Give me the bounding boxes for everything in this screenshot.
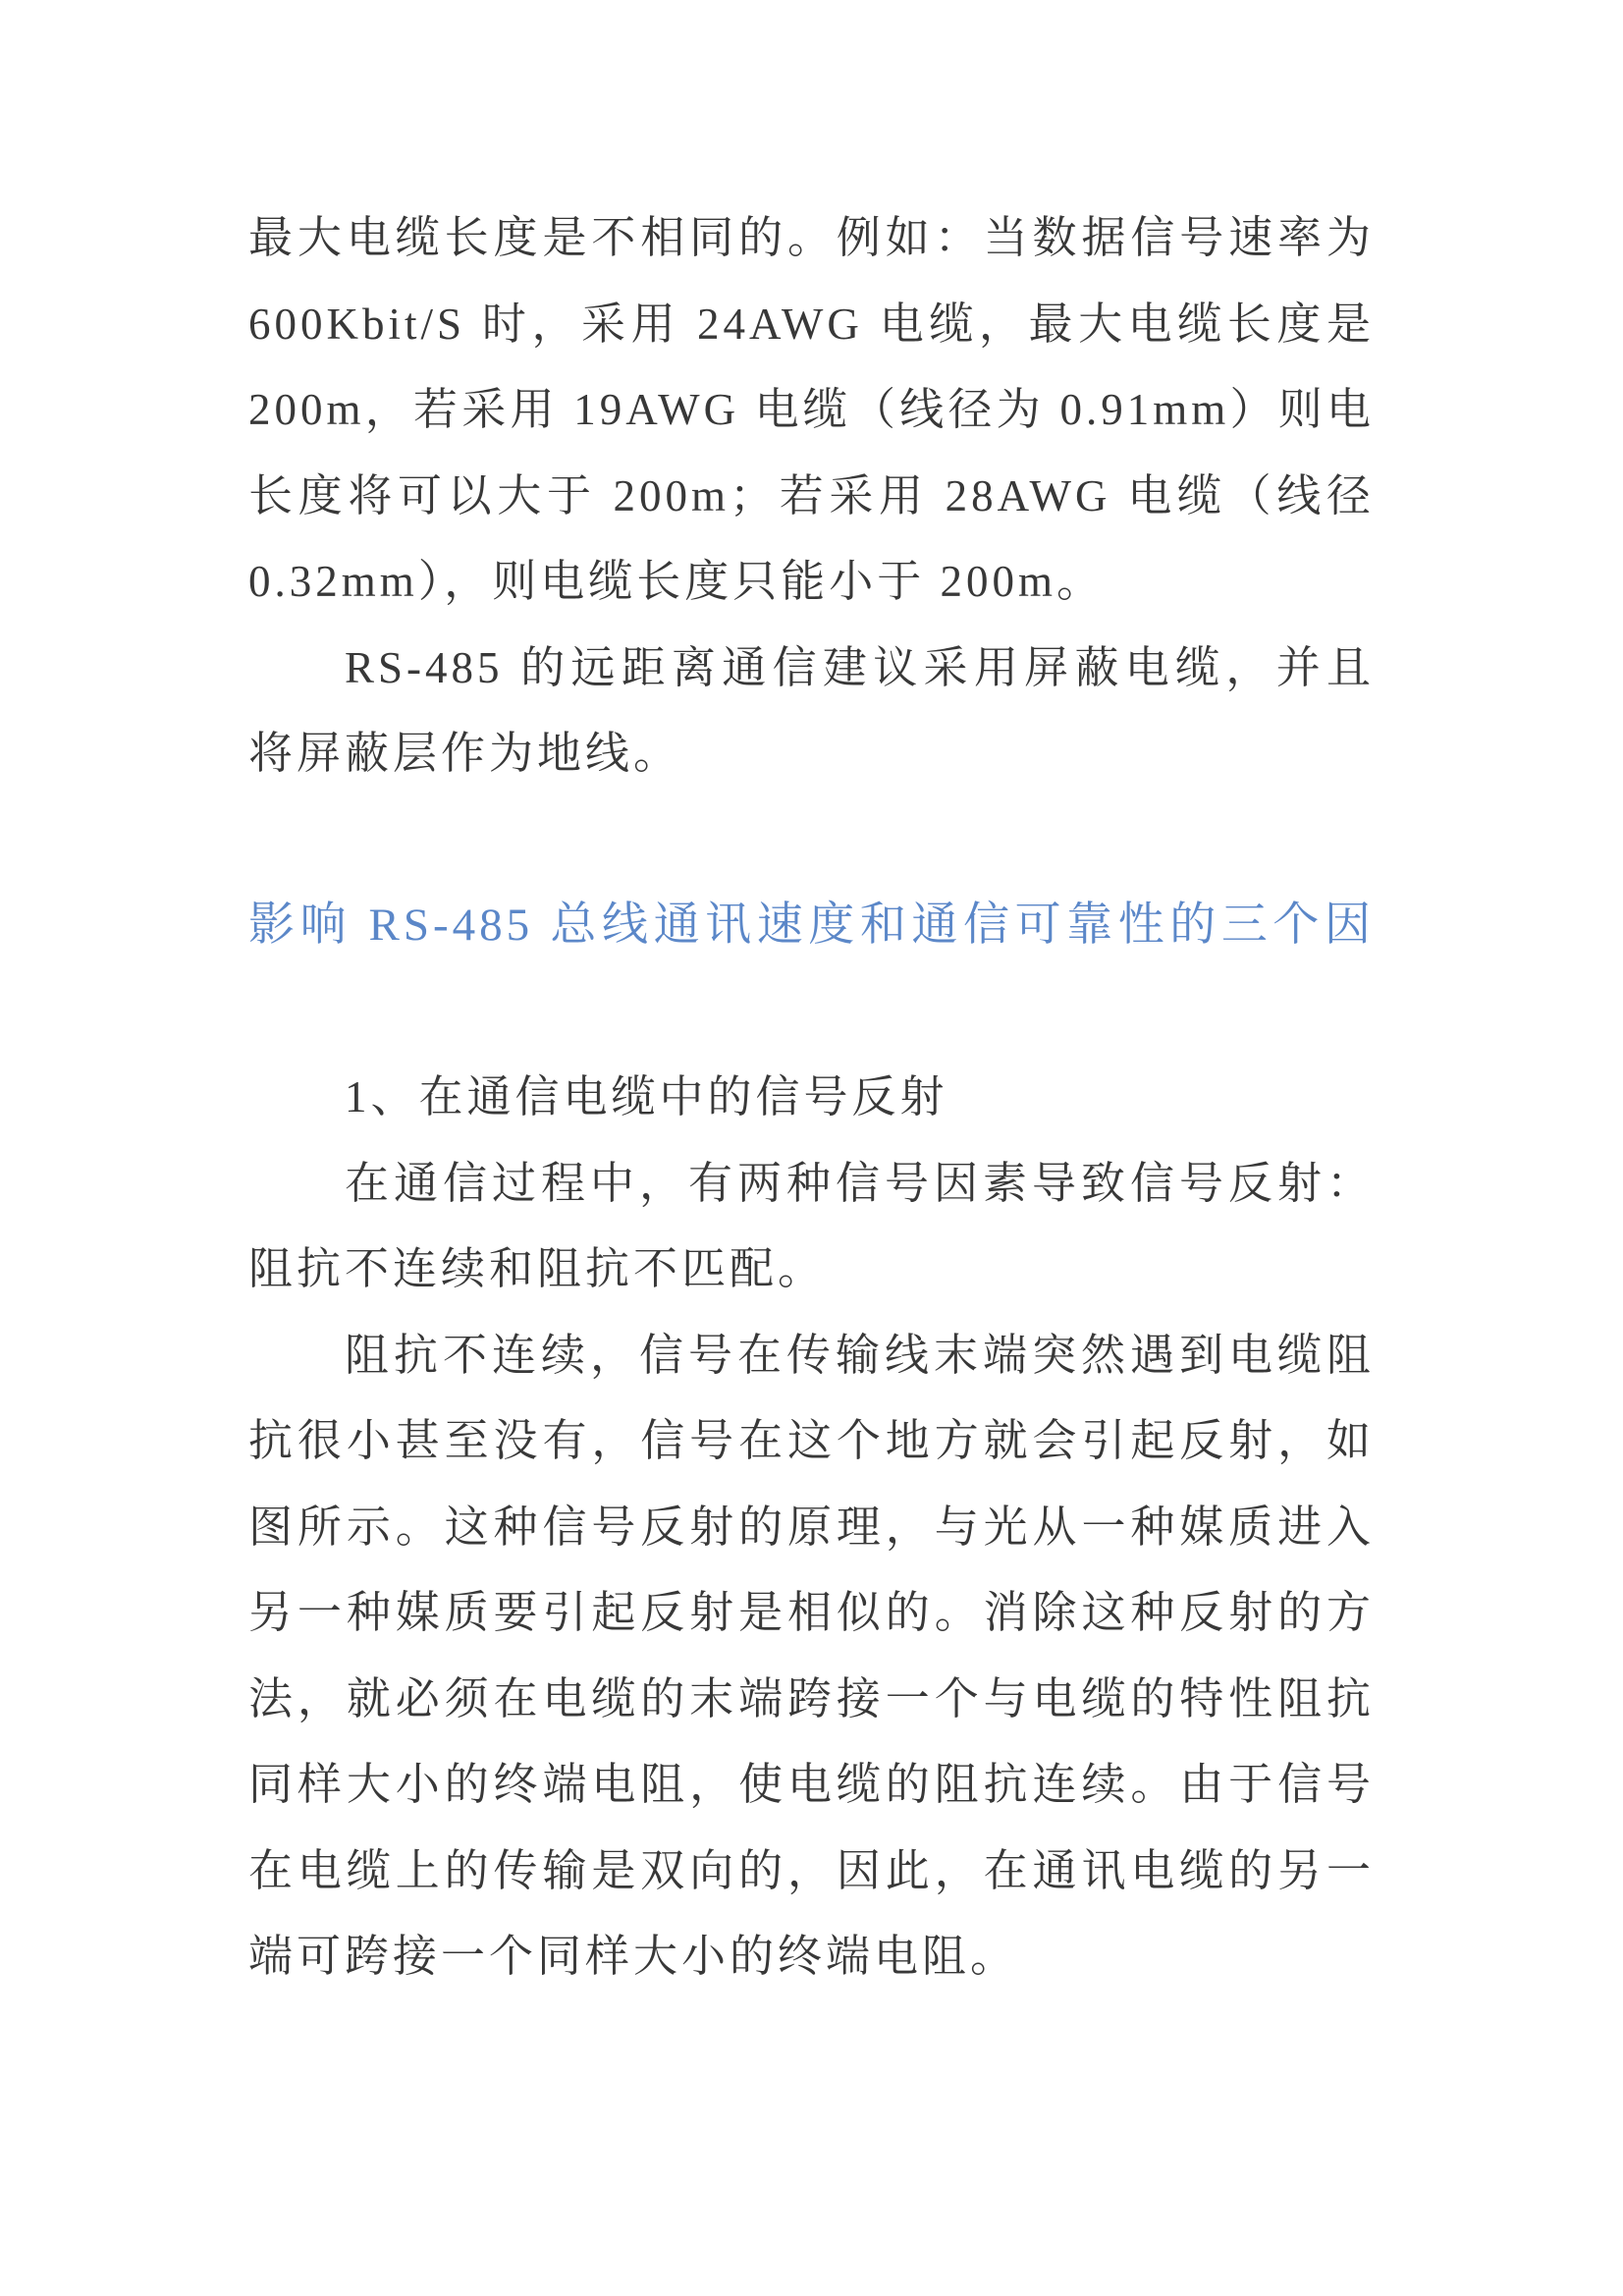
text-line: 另一种媒质要引起反射是相似的。消除这种反射的方: [248, 1570, 1375, 1657]
text-line: 阻抗不连续和阻抗不匹配。: [248, 1227, 1375, 1313]
text-line: 长度将可以大于 200m；若采用 28AWG 电缆（线径为: [248, 454, 1375, 540]
spacer-line: [248, 797, 1375, 884]
text-line: 在通信过程中，有两种信号因素导致信号反射：: [248, 1141, 1375, 1228]
text-line: 600Kbit/S 时，采用 24AWG 电缆，最大电缆长度是: [248, 282, 1375, 368]
document-page: { "page": { "background_color": "#ffffff…: [0, 0, 1623, 2296]
text-line: 在电缆上的传输是双向的，因此，在通讯电缆的另一: [248, 1829, 1375, 1915]
text-line: 抗很小甚至没有，信号在这个地方就会引起反射，如: [248, 1398, 1375, 1485]
text-line: 200m，若采用 19AWG 电缆（线径为 0.91mm）则电缆: [248, 367, 1375, 454]
text-line: 1、在通信电缆中的信号反射: [248, 1055, 1375, 1141]
text-line: 法，就必须在电缆的末端跨接一个与电缆的特性阻抗: [248, 1657, 1375, 1743]
text-line: 同样大小的终端电阻，使电缆的阻抗连续。由于信号: [248, 1742, 1375, 1829]
heading-line: 影响 RS-485 总线通讯速度和通信可靠性的三个因素: [248, 883, 1375, 969]
text-line: RS-485 的远距离通信建议采用屏蔽电缆，并且: [248, 626, 1375, 712]
text-line: 将屏蔽层作为地线。: [248, 711, 1375, 797]
spacer-line: [248, 969, 1375, 1056]
text-line: 端可跨接一个同样大小的终端电阻。: [248, 1914, 1375, 2000]
text-line: 0.32mm），则电缆长度只能小于 200m。: [248, 539, 1375, 626]
document-body: 最大电缆长度是不相同的。例如：当数据信号速率为600Kbit/S 时，采用 24…: [248, 195, 1375, 2000]
text-line: 阻抗不连续，信号在传输线末端突然遇到电缆阻: [248, 1313, 1375, 1399]
text-line: 最大电缆长度是不相同的。例如：当数据信号速率为: [248, 195, 1375, 282]
text-line: 图所示。这种信号反射的原理，与光从一种媒质进入: [248, 1485, 1375, 1571]
